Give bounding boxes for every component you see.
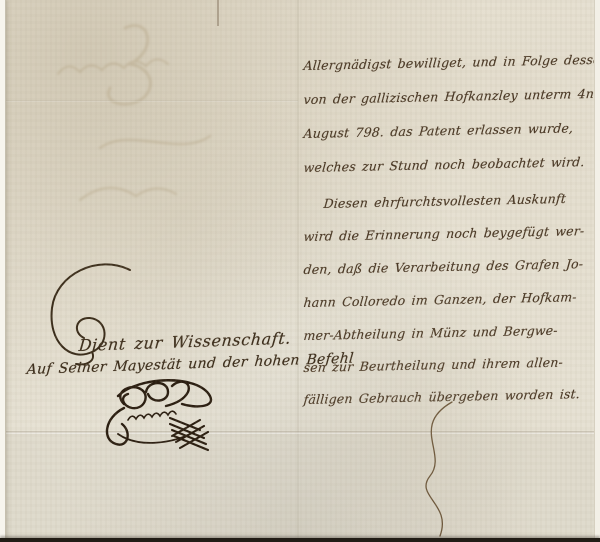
handwritten-line: den, daß die Verarbeitung des Grafen Jo- (303, 256, 584, 277)
ink-bleedthrough-marks (30, 8, 270, 238)
handwritten-line: wird die Erinnerung noch beygefügt wer- (303, 223, 585, 244)
handwritten-line: mer-Abtheilung in Münz und Bergwe- (303, 323, 558, 343)
handwritten-line: August 798. das Patent erlassen wurde, (303, 120, 574, 141)
s-curve-ink-squiggle (390, 398, 480, 540)
handwritten-line: hann Colloredo im Ganzen, der Hofkam- (303, 289, 577, 310)
fold-line-upper (6, 100, 298, 102)
manuscript-scan: Dient zur Wissenschaft. Auf Seiner Mayes… (0, 0, 600, 542)
scan-edge-bottom (0, 538, 600, 542)
scan-edge-left (0, 0, 6, 542)
scan-edge-right (594, 0, 600, 542)
lower-fold-panel (0, 434, 600, 538)
handwritten-line: von der gallizischen Hofkanzley unterm 4… (303, 86, 595, 107)
handwritten-line: Allergnädigst bewilliget, und in Folge d… (303, 52, 600, 73)
handwritten-line: welches zur Stund noch beobachtet wird. (303, 154, 585, 175)
fold-line-lower (0, 431, 600, 434)
signature-flourish (94, 374, 226, 454)
top-edge-ink-mark (217, 0, 219, 26)
handwritten-line: Diesen ehrfurchtsvollesten Auskunft (323, 191, 567, 211)
